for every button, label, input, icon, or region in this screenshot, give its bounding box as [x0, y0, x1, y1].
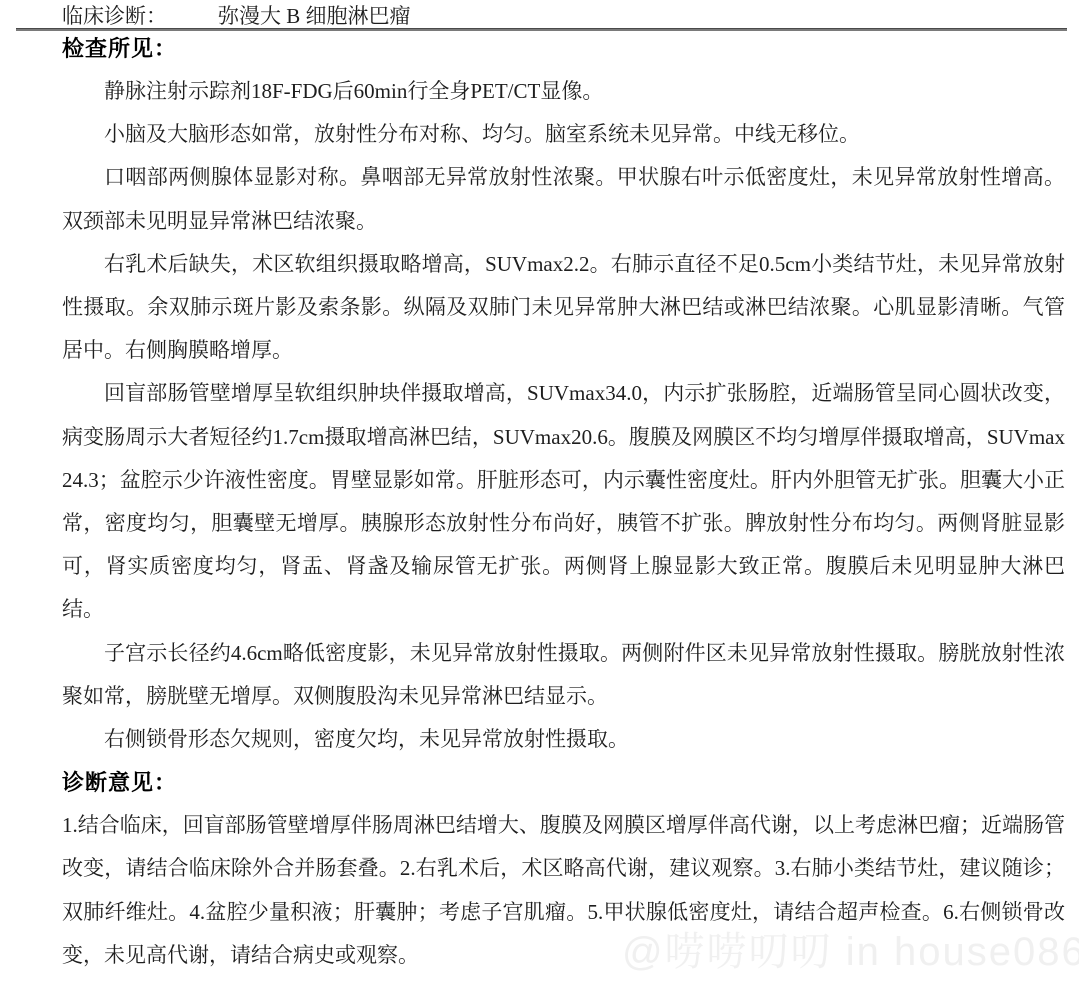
medical-report-page: @唠唠叨叨 in house086 临床诊断：弥漫大 B 细胞淋巴瘤 检查所见：… [0, 0, 1079, 992]
findings-section-header: 检查所见： [62, 27, 1065, 70]
findings-paragraph-brain: 小脑及大脑形态如常，放射性分布对称、均匀。脑室系统未见异常。中线无移位。 [62, 113, 1065, 156]
impression-section-header: 诊断意见： [62, 761, 1065, 804]
clinical-diagnosis-row: 临床诊断：弥漫大 B 细胞淋巴瘤 [62, 4, 1065, 28]
findings-paragraph-abdomen: 回盲部肠管壁增厚呈软组织肿块伴摄取增高，SUVmax34.0，内示扩张肠腔，近端… [62, 372, 1065, 631]
findings-paragraph-injection: 静脉注射示踪剂18F-FDG后60min行全身PET/CT显像。 [62, 70, 1065, 113]
findings-paragraph-chest: 右乳术后缺失，术区软组织摄取略增高，SUVmax2.2。右肺示直径不足0.5cm… [62, 243, 1065, 373]
clinical-diagnosis-value: 弥漫大 B 细胞淋巴瘤 [218, 4, 411, 28]
findings-paragraph-clavicle: 右侧锁骨形态欠规则，密度欠均，未见异常放射性摄取。 [62, 718, 1065, 761]
findings-paragraph-pelvis: 子宫示长径约4.6cm略低密度影，未见异常放射性摄取。两侧附件区未见异常放射性摄… [62, 632, 1065, 718]
findings-paragraph-head-neck: 口咽部两侧腺体显影对称。鼻咽部无异常放射性浓聚。甲状腺右叶示低密度灶，未见异常放… [62, 156, 1065, 242]
impression-text: 1.结合临床，回盲部肠管壁增厚伴肠周淋巴结增大、腹膜及网膜区增厚伴高代谢，以上考… [62, 804, 1065, 977]
clinical-diagnosis-label: 临床诊断： [62, 4, 167, 28]
report-body: 检查所见： 静脉注射示踪剂18F-FDG后60min行全身PET/CT显像。 小… [62, 27, 1065, 977]
